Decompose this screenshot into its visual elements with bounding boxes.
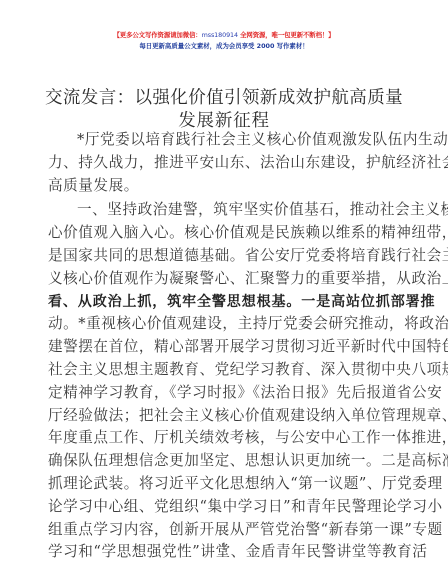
text-line: 力、持久战力，推进平安山东、法治山东建设，护航经济社会 [48, 152, 384, 175]
promo-banner-line-1: 【更多公文写作资源请加微信：mss180914 全网资源，唯一包更新不断档！】 [0, 30, 448, 39]
paragraph-intro: *厅党委以培育践行社会主义核心价值观激发队伍内生动 力、持久战力，推进平安山东、… [48, 129, 384, 197]
text-line: 厅经验做法；把社会主义核心价值观建设纳入单位管理规章、 [48, 405, 384, 428]
document-body: *厅党委以培育践行社会主义核心价值观激发队伍内生动 力、持久战力，推进平安山东、… [48, 129, 384, 564]
promo-banner-line-2: 每日更新高质量公文素材，成为会员享受 2000 写作素材！ [0, 41, 448, 50]
text-line: 建警摆在首位，精心部署开展学习贯彻习近平新时代中国特色 [48, 336, 384, 359]
section-heading-line: 一、坚持政治建警，筑牢坚实价值基石，推动社会主义核 [48, 199, 384, 222]
document-title-line-1: 交流发言：以强化价值引领新成效护航高质量 [0, 86, 448, 110]
text-line: 论学习中心组、党组织“集中学习日”和青年民警理论学习小 [48, 496, 384, 519]
text-line: *厅党委以培育践行社会主义核心价值观激发队伍内生动 [48, 129, 384, 152]
document-page: 【更多公文写作资源请加微信：mss180914 全网资源，唯一包更新不断档！】 … [0, 0, 448, 580]
text-line: 抓理论武装。将习近平文化思想纳入“第一议题”、厅党委理 [48, 473, 384, 496]
text-line: 心价值观入脑入心。核心价值观是民族赖以维系的精神纽带， [48, 222, 384, 245]
text-line: 是国家共同的思想道德基础。省公安厅党委将培育践行社会主 [48, 245, 384, 268]
wechat-id: mss180914 [202, 31, 238, 39]
text-line: 社会主义思想主题教育、党纪学习教育、深入贯彻中央八项规 [48, 359, 384, 382]
text-line: 义核心价值观作为凝聚警心、汇聚警力的重要举措，从政治上 [48, 268, 384, 291]
text-line: 定精神学习教育，《学习时报》《法治日报》先后报道省公安 [48, 382, 384, 405]
text-line: 高质量发展。 [48, 175, 384, 198]
promo-text-a: 【更多公文写作资源请加微信： [114, 31, 202, 39]
text-line: 组重点学习内容，创新开展从严管党治警“新春第一课”专题 [48, 519, 384, 542]
text-line: 动。*重视核心价值观建设，主持厅党委会研究推动，将政治 [48, 313, 384, 336]
promo-text-b: 全网资源，唯一包更新不断档！】 [238, 31, 334, 39]
text-line: 年度重点工作、厅机关绩效考核，与公安中心工作一体推进， [48, 427, 384, 450]
text-line: 确保队伍理想信念更加坚定、思想认识更加统一。二是高标准 [48, 450, 384, 473]
page-number: 1 [0, 542, 448, 553]
paragraph-section-one: 一、坚持政治建警，筑牢坚实价值基石，推动社会主义核 心价值观入脑入心。核心价值观… [48, 199, 384, 564]
emphasized-text-line: 看、从政治上抓，筑牢全警思想根基。一是高站位抓部署推 [48, 291, 384, 314]
